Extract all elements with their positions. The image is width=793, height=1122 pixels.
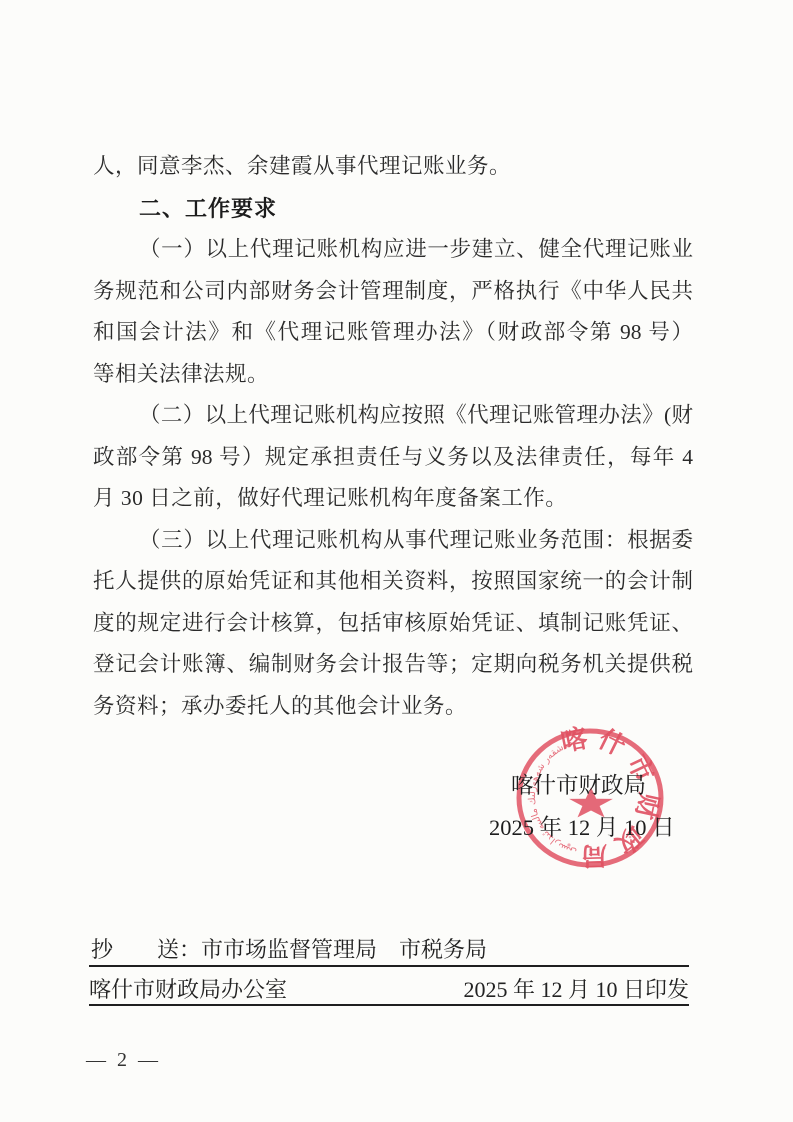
print-date: 2025 年 12 月 10 日印发	[463, 976, 689, 1004]
body-line: 托人提供的原始凭证和其他相关资料，按照国家统一的会计制	[93, 561, 693, 603]
body-line: 月 30 日之前，做好代理记账机构年度备案工作。	[93, 478, 693, 520]
scanned-document-page: 人，同意李杰、余建霞从事代理记账业务。二、工作要求（一）以上代理记账机构应进一步…	[0, 0, 793, 1122]
section-heading: 二、工作要求	[93, 188, 693, 230]
body-line: （二）以上代理记账机构应按照《代理记账管理办法》(财	[93, 395, 693, 437]
page-number: — 2 —	[86, 1049, 161, 1072]
cc-row: 抄 送：市市场监督管理局 市税务局	[91, 936, 691, 964]
body-line: （一）以上代理记账机构应进一步建立、健全代理记账业	[93, 229, 693, 271]
office-row: 喀什市财政局办公室 2025 年 12 月 10 日印发	[89, 976, 689, 1004]
body-line: 人，同意李杰、余建霞从事代理记账业务。	[93, 146, 693, 188]
seal-ink-fleck	[567, 843, 570, 846]
body-line: 和国会计法》和《代理记账管理办法》（财政部令第 98 号）	[93, 312, 693, 354]
body-line: 等相关法律法规。	[93, 354, 693, 396]
seal-ink-fleck	[603, 847, 606, 850]
body-line: 务规范和公司内部财务会计管理制度，严格执行《中华人民共	[93, 271, 693, 313]
body-line: （三）以上代理记账机构从事代理记账业务范围：根据委	[93, 520, 693, 562]
body-line: 政部令第 98 号）规定承担责任与义务以及法律责任，每年 4	[93, 437, 693, 479]
issuing-office: 喀什市财政局办公室	[89, 976, 287, 1004]
divider-line	[89, 1004, 689, 1006]
issue-date: 2025 年 12 月 10 日	[489, 814, 675, 842]
body-line: 度的规定进行会计核算，包括审核原始凭证、填制记账凭证、	[93, 603, 693, 645]
document-body: 人，同意李杰、余建霞从事代理记账业务。二、工作要求（一）以上代理记账机构应进一步…	[93, 146, 693, 727]
issuer-name: 喀什市财政局	[511, 772, 646, 800]
divider-line	[89, 965, 689, 967]
body-line: 登记会计账簿、编制财务会计报告等；定期向税务机关提供税	[93, 644, 693, 686]
